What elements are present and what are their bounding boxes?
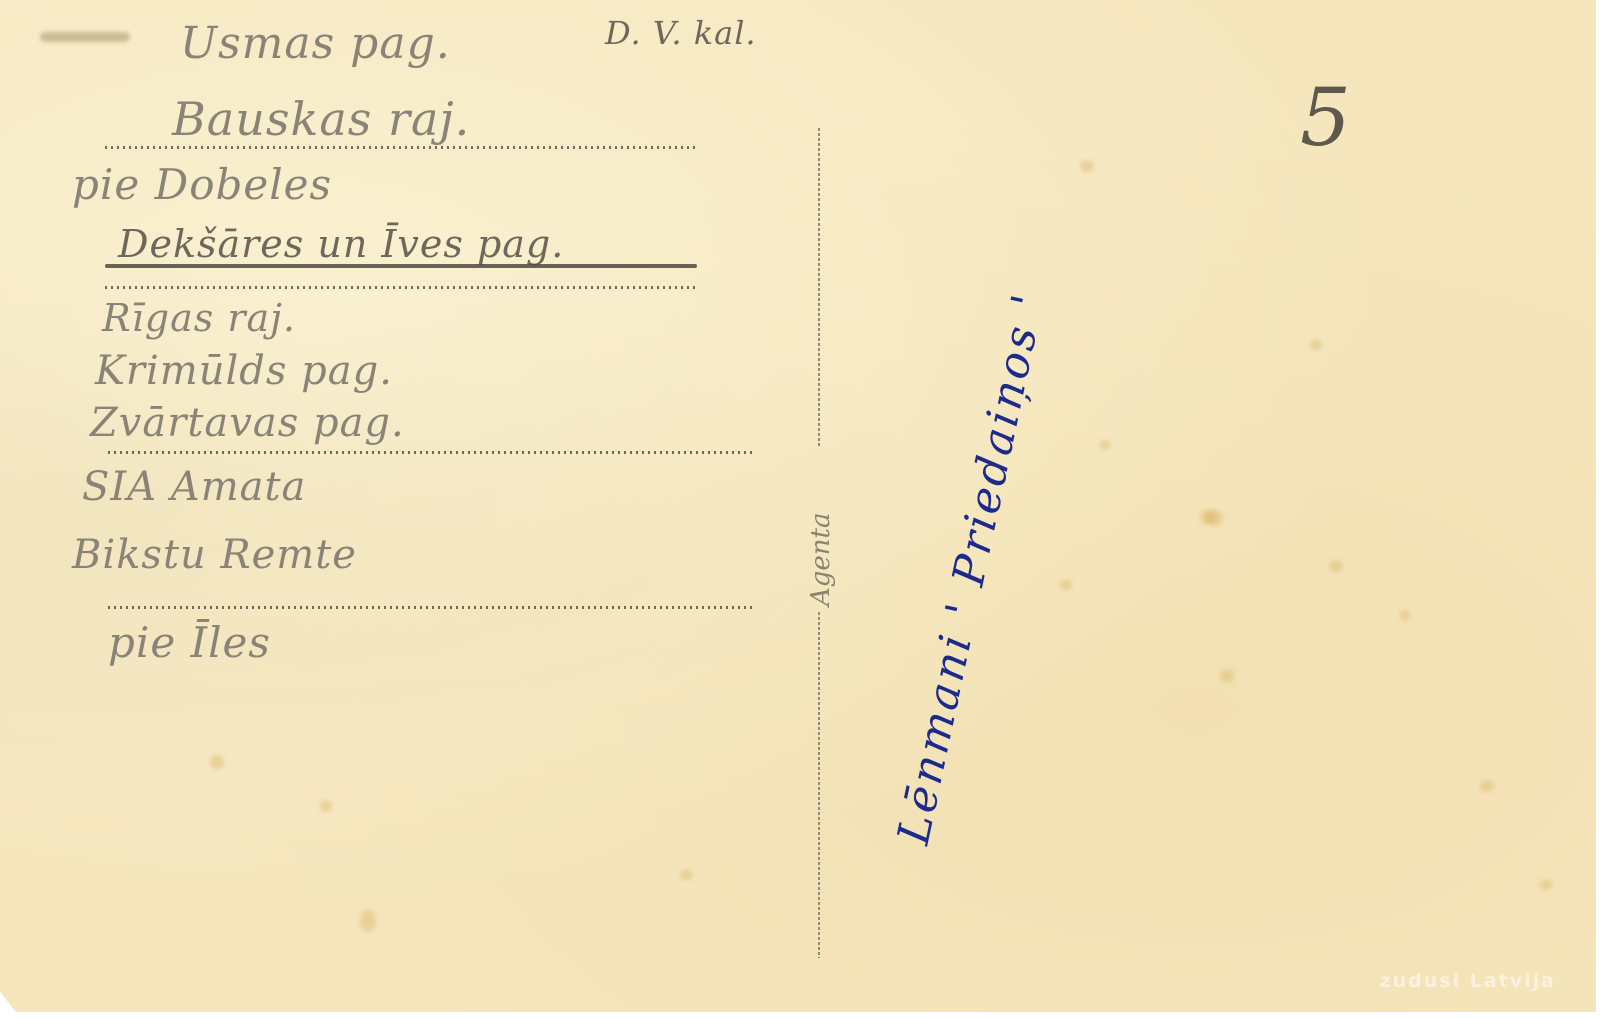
stain-spot (360, 910, 376, 932)
dotted-address-line (108, 606, 754, 609)
smudge-mark (40, 32, 130, 42)
postcard-back: Usmas pag. D. V. kal. Bauskas raj. pie D… (0, 0, 1596, 1012)
stain-spot (1220, 670, 1234, 682)
ink-note-vertical: Lēnmani ' Priedaiņos ' (888, 288, 1055, 849)
stain-spot (210, 755, 224, 769)
note-line-sia-amata: SIA Amata (82, 464, 306, 510)
pencil-number-mark: 5 (1300, 78, 1351, 158)
stain-spot (1080, 160, 1094, 172)
note-line-rigas: Rīgas raj. (102, 296, 296, 340)
note-line-iles: pie Īles (108, 618, 271, 667)
stain-spot (1540, 880, 1552, 890)
note-line-zvartavas: Zvārtavas pag. (90, 400, 405, 446)
dotted-address-line (108, 451, 754, 454)
watermark-text: zudusi Latvija (1380, 970, 1556, 992)
stain-spot (320, 800, 332, 812)
note-line-usmas: Usmas pag. (180, 18, 451, 69)
stain-spot (680, 870, 692, 880)
solid-address-line (105, 264, 697, 268)
dotted-address-line (105, 146, 697, 149)
stain-spot (1060, 580, 1072, 590)
stain-spot (1480, 780, 1494, 792)
note-line-deksares: Dekšāres un Īves pag. (118, 222, 564, 266)
stain-spot (1330, 560, 1342, 572)
stain-spot (1400, 610, 1410, 620)
vertical-divider-bottom (818, 612, 820, 958)
note-line-bauskas: Bauskas raj. (172, 92, 470, 146)
note-line-krimulds: Krimūlds pag. (95, 348, 393, 394)
note-line-bikstu-remte: Bikstu Remte (72, 532, 357, 578)
divider-printed-label: Agenta (806, 512, 836, 606)
stain-spot (1205, 510, 1223, 526)
note-line-dobeles: pie Dobeles (72, 160, 332, 209)
stain-spot (1100, 440, 1110, 450)
faint-ghost-writing: ​ (1160, 420, 1200, 443)
note-top-label: D. V. kal. (605, 14, 757, 52)
dotted-address-line (105, 286, 697, 289)
stain-spot (1310, 340, 1322, 350)
vertical-divider-top (818, 128, 820, 446)
